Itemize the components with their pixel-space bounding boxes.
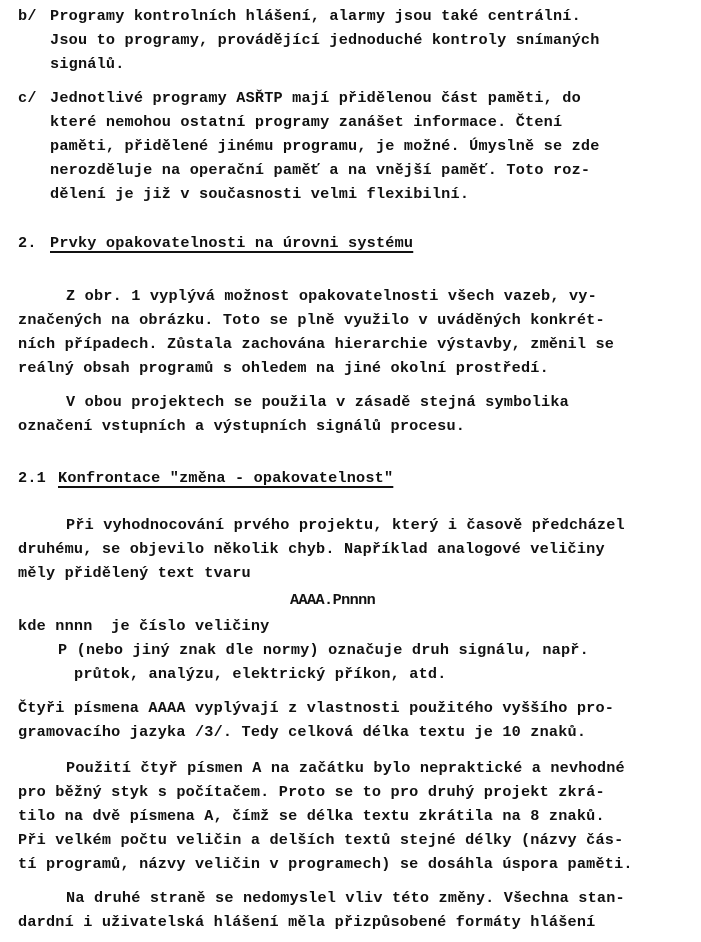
paragraph-line: Při vyhodnocování prvého projektu, který… [66, 516, 625, 534]
section-2-1-number: 2.1 [18, 469, 46, 487]
item-c-line-5: dělení je již v současnosti velmi flexib… [50, 185, 469, 203]
paragraph-line: měly přidělený text tvaru [18, 564, 251, 582]
section-2-number: 2. [18, 234, 37, 252]
paragraph-line: reálný obsah programů s ohledem na jiné … [18, 359, 549, 377]
paragraph-line: značených na obrázku. Toto se plně využi… [18, 311, 605, 329]
item-c-line-4: nerozděluje na operační paměť a na vnějš… [50, 161, 590, 179]
format-example: AAAA.Pnnnn [290, 591, 375, 609]
item-c-line-3: paměti, přidělené jinému programu, je mo… [50, 137, 600, 155]
paragraph-line: dardní i uživatelská hlášení měla přizpů… [18, 913, 595, 931]
where-line: kde nnnn je číslo veličiny [18, 617, 269, 635]
paragraph-line: označení vstupních a výstupních signálů … [18, 417, 465, 435]
paragraph-line: tilo na dvě písmena A, čímž se délka tex… [18, 807, 605, 825]
paragraph-line: Na druhé straně se nedomyslel vliv této … [66, 889, 625, 907]
item-c-line-2: které nemohou ostatní programy zanášet i… [50, 113, 562, 131]
paragraph-line: Z obr. 1 vyplývá možnost opakovatelnosti… [66, 287, 597, 305]
paragraph-line: tí programů, názvy veličin v programech)… [18, 855, 633, 873]
paragraph-line: ních případech. Zůstala zachována hierar… [18, 335, 614, 353]
where-detail-line-1: P (nebo jiný znak dle normy) označuje dr… [58, 641, 589, 659]
paragraph-line: Čtyři písmena AAAA vyplývají z vlastnost… [18, 699, 614, 717]
paragraph-line: pro běžný styk s počítačem. Proto se to … [18, 783, 605, 801]
paragraph-line: Při velkém počtu veličin a delších textů… [18, 831, 623, 849]
paragraph-line: Použití čtyř písmen A na začátku bylo ne… [66, 759, 625, 777]
section-2-title: Prvky opakovatelnosti na úrovni systému [50, 234, 413, 252]
paragraph-line: druhému, se objevilo několik chyb. Napří… [18, 540, 605, 558]
list-marker-b: b/ [18, 7, 37, 25]
section-2-1-title: Konfrontace "změna - opakovatelnost" [58, 469, 393, 487]
typewritten-page: b/ Programy kontrolních hlášení, alarmy … [0, 0, 701, 942]
paragraph-line: V obou projektech se použila v zásadě st… [66, 393, 569, 411]
item-b-line-1: Programy kontrolních hlášení, alarmy jso… [50, 7, 581, 25]
paragraph-line: gramovacího jazyka /3/. Tedy celková dél… [18, 723, 586, 741]
item-b-line-3: signálů. [50, 55, 125, 73]
item-b-line-2: Jsou to programy, provádějící jednoduché… [50, 31, 600, 49]
list-marker-c: c/ [18, 89, 37, 107]
where-detail-line-2: průtok, analýzu, elektrický příkon, atd. [74, 665, 447, 683]
item-c-line-1: Jednotlivé programy ASŘTP mají přiděleno… [50, 89, 581, 107]
